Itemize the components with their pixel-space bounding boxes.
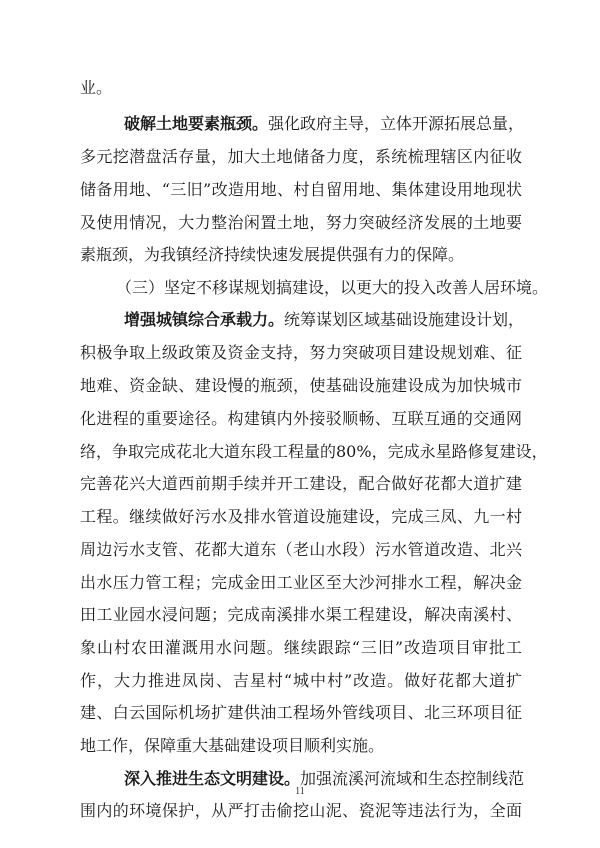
section-heading: （三）坚定不移谋规划搞建设，以更大的投入改善人居环境。 [80, 277, 522, 299]
text-line: 地难、资金缺、建设慢的瓶颈，使基础设施建设成为加快城市 [80, 375, 522, 397]
text-line: 多元挖潜盘活存量，加大土地储备力度，系统梳理辖区内征收 [80, 146, 522, 168]
text-line: 出水压力管工程；完成金田工业区至大沙河排水工程，解决金 [80, 572, 522, 594]
text-line: 象山村农田灌溉用水问题。继续跟踪“三旧”改造项目审批工 [80, 637, 522, 659]
text-line: 络，争取完成花北大道东段工程量的80%，完成永星路修复建设， [80, 441, 522, 463]
text-line: 周边污水支管、花都大道东（老山水段）污水管道改造、北兴 [80, 539, 522, 561]
text-line: 建、白云国际机场扩建供油工程场外管线项目、北三环项目征 [80, 702, 522, 724]
text-line: 业。 [80, 77, 522, 99]
text-line: 工程。继续做好污水及排水管道设施建设，完成三凤、九一村 [80, 506, 522, 528]
text-line: 素瓶颈，为我镇经济持续快速发展提供强有力的保障。 [80, 244, 522, 266]
text-line: 地工作，保障重大基础建设项目顺利实施。 [80, 735, 522, 757]
bold-lead: 增强城镇综合承载力。 [124, 310, 284, 329]
page-number: 11 [0, 786, 600, 797]
text-line: 作，大力推进凤岗、吉星村“城中村”改造。做好花都大道扩 [80, 670, 522, 692]
text-line: 完善花兴大道西前期手续并开工建设，配合做好花都大道扩建 [80, 473, 522, 495]
paragraph-urban-capacity: 增强城镇综合承载力。统筹谋划区域基础设施建设计划， [80, 309, 522, 331]
text-line: 围内的环境保护，从严打击偷挖山泥、瓷泥等违法行为，全面 [80, 800, 522, 822]
text-run: 强化政府主导，立体开源拓展总量， [268, 114, 524, 133]
text-line: 储备用地、“三旧”改造用地、村自留用地、集体建设用地现状 [80, 179, 522, 201]
paragraph-land-elements: 破解土地要素瓶颈。强化政府主导，立体开源拓展总量， [80, 113, 522, 135]
text-line: 田工业园水浸问题；完成南溪排水渠工程建设，解决南溪村、 [80, 604, 522, 626]
bold-lead: 破解土地要素瓶颈。 [124, 114, 268, 133]
text-run: 统筹谋划区域基础设施建设计划， [284, 310, 524, 329]
text-line: 及使用情况，大力整治闲置土地，努力突破经济发展的土地要 [80, 212, 522, 234]
text-line: 化进程的重要途径。构建镇内外接驳顺畅、互联互通的交通网 [80, 408, 522, 430]
text-line: 积极争取上级政策及资金支持，努力突破项目建设规划难、征 [80, 342, 522, 364]
